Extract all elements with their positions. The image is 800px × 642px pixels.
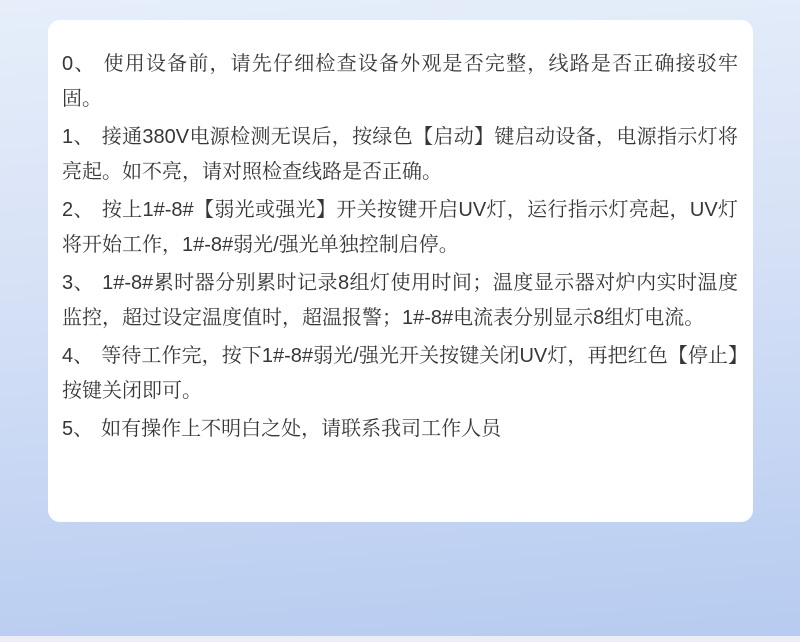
- instruction-item: 3、1#-8#累时器分别累时记录8组灯使用时间；温度显示器对炉内实时温度监控，超…: [62, 266, 738, 336]
- item-number: 4、: [62, 345, 93, 367]
- item-number: 5、: [62, 418, 93, 440]
- instruction-item: 4、等待工作完，按下1#-8#弱光/强光开关按键关闭UV灯，再把红色【停止】按键…: [62, 339, 738, 409]
- item-number: 3、: [62, 272, 94, 294]
- instruction-item: 1、接通380V电源检测无误后，按绿色【启动】键启动设备，电源指示灯将亮起。如不…: [62, 120, 738, 190]
- item-text: 等待工作完，按下1#-8#弱光/强光开关按键关闭UV灯，再把红色【停止】按键关闭…: [62, 345, 738, 402]
- instructions-card: 0、使用设备前，请先仔细检查设备外观是否完整，线路是否正确接驳牢固。 1、接通3…: [48, 20, 753, 522]
- item-number: 2、: [62, 199, 94, 221]
- item-text: 使用设备前，请先仔细检查设备外观是否完整，线路是否正确接驳牢固。: [62, 53, 738, 110]
- page-background: 0、使用设备前，请先仔细检查设备外观是否完整，线路是否正确接驳牢固。 1、接通3…: [0, 0, 800, 642]
- instruction-item: 2、按上1#-8#【弱光或强光】开关按键开启UV灯，运行指示灯亮起，UV灯将开始…: [62, 193, 738, 263]
- item-text: 如有操作上不明白之处，请联系我司工作人员: [101, 418, 501, 440]
- instruction-item: 0、使用设备前，请先仔细检查设备外观是否完整，线路是否正确接驳牢固。: [62, 47, 738, 117]
- item-text: 1#-8#累时器分别累时记录8组灯使用时间；温度显示器对炉内实时温度监控，超过设…: [62, 272, 738, 329]
- item-text: 按上1#-8#【弱光或强光】开关按键开启UV灯，运行指示灯亮起，UV灯将开始工作…: [62, 199, 738, 256]
- instruction-item: 5、如有操作上不明白之处，请联系我司工作人员: [62, 412, 738, 447]
- item-number: 1、: [62, 126, 94, 148]
- item-text: 接通380V电源检测无误后，按绿色【启动】键启动设备，电源指示灯将亮起。如不亮，…: [62, 126, 738, 183]
- next-section-top-edge: [0, 636, 800, 642]
- item-number: 0、: [62, 53, 96, 75]
